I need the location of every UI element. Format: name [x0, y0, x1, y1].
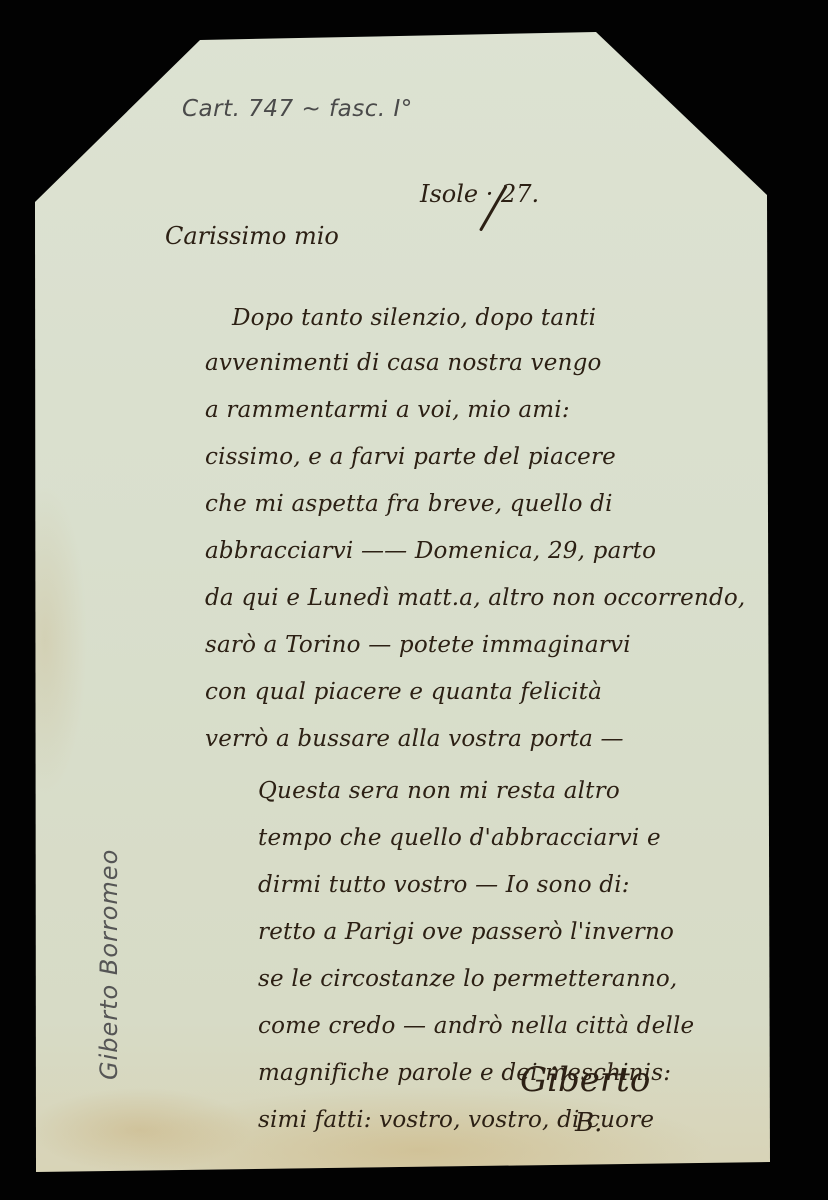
scan-background: Cart. 747 ~ fasc. I° Isole · 27. Carissi…	[0, 0, 828, 1200]
body-line: Dopo tanto silenzio, dopo tanti	[232, 305, 596, 331]
letter-paper: Cart. 747 ~ fasc. I° Isole · 27. Carissi…	[0, 0, 828, 1200]
letter-body: Dopo tanto silenzio, dopo tanti avvenime…	[0, 0, 828, 1200]
body-line: sarò a Torino — potete immaginarvi	[205, 632, 631, 658]
body-line: a rammentarmi a voi, mio ami:	[205, 397, 570, 423]
body-line: tempo che quello d'abbracciarvi e	[258, 825, 661, 851]
body-line: abbracciarvi —— Domenica, 29, parto	[205, 538, 656, 564]
body-line: cissimo, e a farvi parte del piacere	[205, 444, 616, 470]
body-line: retto a Parigi ove passerò l'inverno	[258, 919, 674, 945]
body-line: dirmi tutto vostro — Io sono di:	[258, 872, 630, 898]
signature: Giberto	[520, 1060, 650, 1100]
body-line: verrò a bussare alla vostra porta —	[205, 726, 624, 752]
margin-note: Giberto Borromeo	[95, 849, 123, 1080]
body-line: come credo — andrò nella città delle	[258, 1013, 694, 1039]
signature-flourish: B.	[575, 1108, 602, 1138]
body-line: se le circostanze lo permetteranno,	[258, 966, 677, 992]
body-line: Questa sera non mi resta altro	[258, 778, 620, 804]
body-line: avvenimenti di casa nostra vengo	[205, 350, 602, 376]
body-line: con qual piacere e quanta felicità	[205, 679, 602, 705]
body-line: da qui e Lunedì matt.a, altro non occorr…	[205, 585, 745, 611]
body-line: che mi aspetta fra breve, quello di	[205, 491, 613, 517]
